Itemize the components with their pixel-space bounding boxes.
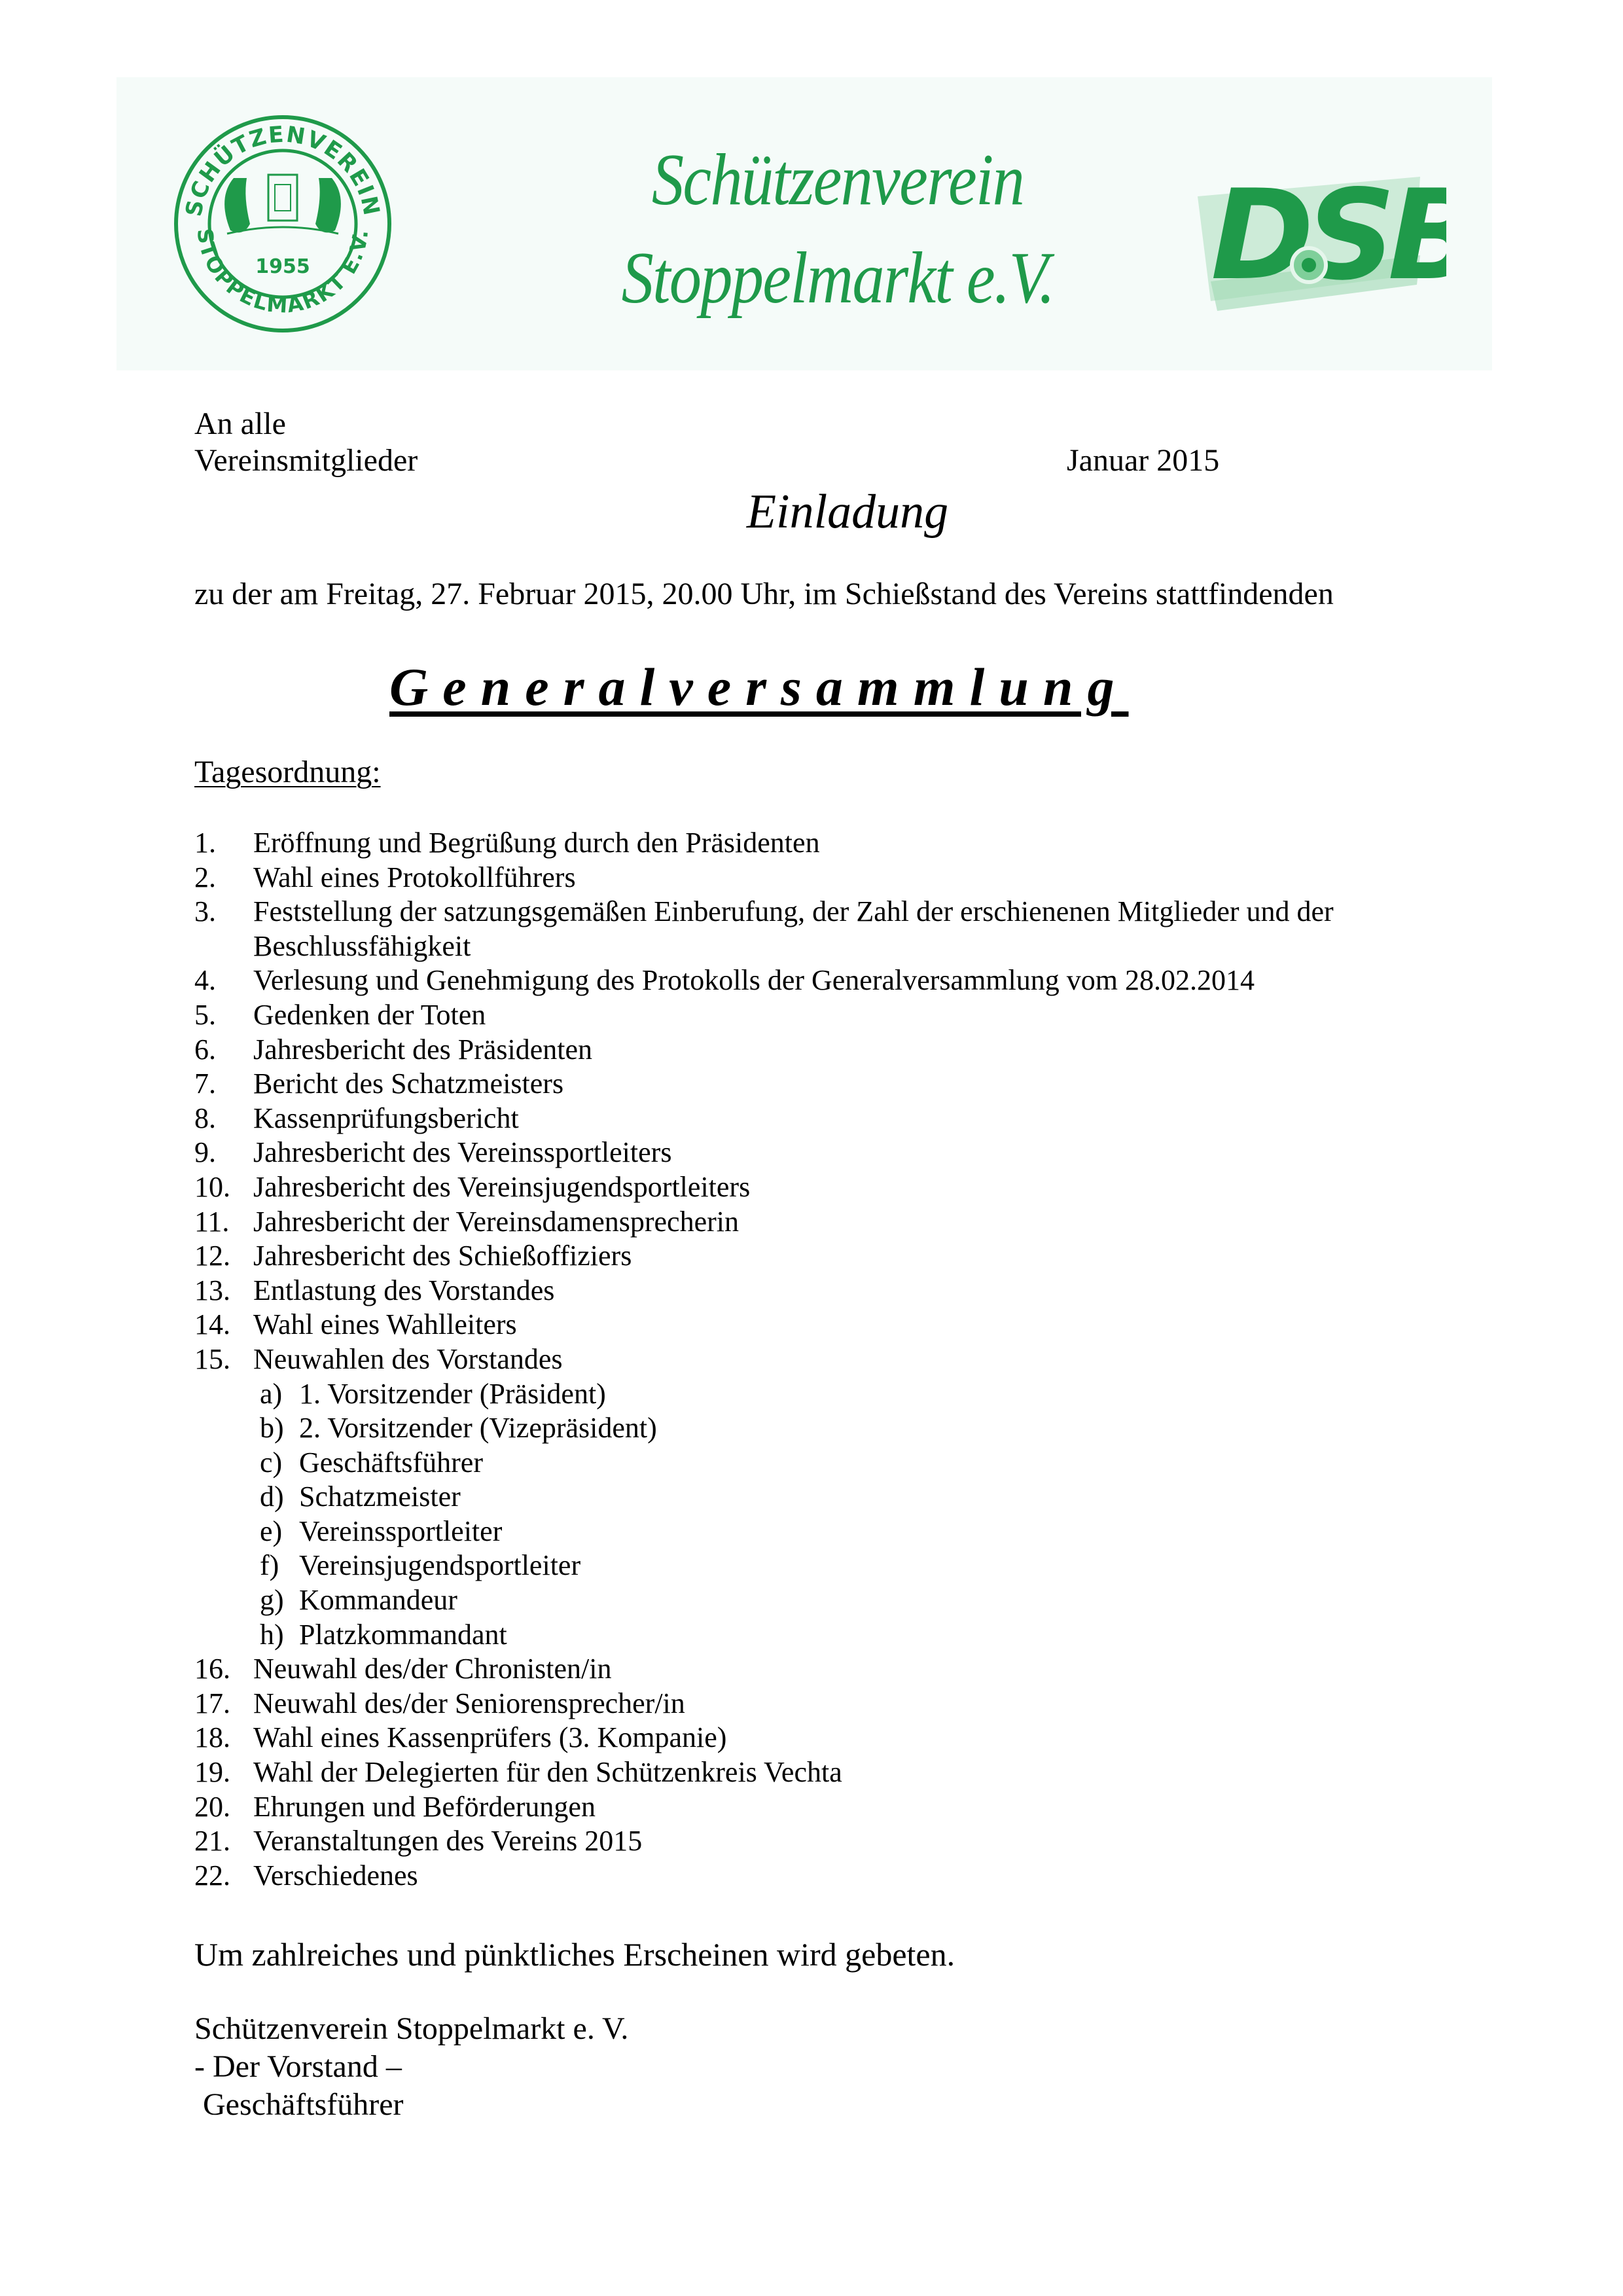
dsb-logo: DSB xyxy=(1171,151,1446,321)
agenda-item-number: g) xyxy=(260,1583,299,1618)
agenda-item-text: Verlesung und Genehmigung des Protokolls… xyxy=(253,963,1431,998)
agenda-item-text: Kommandeur xyxy=(299,1583,1438,1618)
agenda-item: 12.Jahresbericht des Schießoffiziers xyxy=(194,1239,1438,1274)
agenda-item-text: Schatzmeister xyxy=(299,1480,1438,1515)
agenda-item-text: Eröffnung und Begrüßung durch den Präsid… xyxy=(253,826,1431,861)
agenda-item-number: c) xyxy=(260,1446,299,1480)
agenda-item-number: 15. xyxy=(194,1342,253,1377)
recipient-line-1: An alle xyxy=(194,407,286,441)
signature-board: - Der Vorstand – xyxy=(194,2050,402,2084)
agenda-item-text: Verschiedenes xyxy=(253,1859,1431,1893)
signature-club: Schützenverein Stoppelmarkt e. V. xyxy=(194,2012,628,2046)
closing-text: Um zahlreiches und pünktliches Erscheine… xyxy=(194,1937,955,1971)
agenda-item-text: Platzkommandant xyxy=(299,1618,1438,1653)
agenda-item-number: 2. xyxy=(194,861,253,895)
agenda-item-number: 21. xyxy=(194,1824,253,1859)
agenda-item: 10.Jahresbericht des Vereinsjugendsportl… xyxy=(194,1170,1438,1205)
intro-text: zu der am Freitag, 27. Februar 2015, 20.… xyxy=(194,577,1334,611)
agenda-item: 15.Neuwahlen des Vorstandes xyxy=(194,1342,1438,1377)
agenda-item-text: Jahresbericht der Vereinsdamensprecherin xyxy=(253,1205,1431,1240)
agenda-item-text: Neuwahl des/der Seniorensprecher/in xyxy=(253,1687,1431,1721)
agenda-item: 6.Jahresbericht des Präsidenten xyxy=(194,1033,1438,1067)
agenda-item-number: e) xyxy=(260,1515,299,1549)
agenda-item-number: d) xyxy=(260,1480,299,1515)
agenda-item-number: a) xyxy=(260,1377,299,1412)
seal-emblem-icon xyxy=(224,175,341,234)
document-title: Einladung xyxy=(0,484,1623,539)
agenda-item: 16.Neuwahl des/der Chronisten/in xyxy=(194,1652,1438,1687)
agenda-item-number: 8. xyxy=(194,1102,253,1136)
agenda-item-number: 6. xyxy=(194,1033,253,1067)
agenda-item-text: Gedenken der Toten xyxy=(253,998,1431,1033)
agenda-item-text: Vereinsjugendsportleiter xyxy=(299,1549,1438,1583)
agenda-item-number: 10. xyxy=(194,1170,253,1205)
svg-text:1955: 1955 xyxy=(255,255,310,278)
agenda-subitem: h)Platzkommandant xyxy=(194,1618,1438,1653)
agenda-item: 11.Jahresbericht der Vereinsdamenspreche… xyxy=(194,1205,1438,1240)
agenda-item-number: 22. xyxy=(194,1859,253,1893)
agenda-item-number: b) xyxy=(260,1411,299,1446)
agenda-item-text: Wahl eines Protokollführers xyxy=(253,861,1431,895)
agenda-item: 7.Bericht des Schatzmeisters xyxy=(194,1067,1438,1102)
agenda-list: 1.Eröffnung und Begrüßung durch den Präs… xyxy=(194,826,1438,1893)
agenda-item-number: 19. xyxy=(194,1755,253,1790)
agenda-item: 21.Veranstaltungen des Vereins 2015 xyxy=(194,1824,1438,1859)
agenda-item-text: Wahl der Delegierten für den Schützenkre… xyxy=(253,1755,1431,1790)
agenda-item: 14.Wahl eines Wahlleiters xyxy=(194,1308,1438,1342)
agenda-item-text: 1. Vorsitzender (Präsident) xyxy=(299,1377,1438,1412)
agenda-item-text: Kassenprüfungsbericht xyxy=(253,1102,1431,1136)
agenda-subitem: f)Vereinsjugendsportleiter xyxy=(194,1549,1438,1583)
agenda-item: 22.Verschiedenes xyxy=(194,1859,1438,1893)
agenda-item-text: Jahresbericht des Vereinssportleiters xyxy=(253,1136,1431,1170)
club-seal-logo: SCHÜTZENVEREIN STOPPELMARKT E.V. 1955 xyxy=(171,113,394,335)
agenda-item-text: Geschäftsführer xyxy=(299,1446,1438,1480)
agenda-item: 1.Eröffnung und Begrüßung durch den Präs… xyxy=(194,826,1438,861)
recipient-line-2: Vereinsmitglieder xyxy=(194,444,418,478)
signature-role: Geschäftsführer xyxy=(203,2088,404,2122)
agenda-item-number: 18. xyxy=(194,1721,253,1755)
agenda-subitem: b)2. Vorsitzender (Vizepräsident) xyxy=(194,1411,1438,1446)
agenda-item: 5.Gedenken der Toten xyxy=(194,998,1438,1033)
agenda-item-text: Wahl eines Wahlleiters xyxy=(253,1308,1431,1342)
agenda-item-number: 20. xyxy=(194,1790,253,1825)
agenda-subitem: g)Kommandeur xyxy=(194,1583,1438,1618)
agenda-item-number: 12. xyxy=(194,1239,253,1274)
agenda-item-number: 14. xyxy=(194,1308,253,1342)
agenda-item-number: 4. xyxy=(194,963,253,998)
agenda-item: 18.Wahl eines Kassenprüfers (3. Kompanie… xyxy=(194,1721,1438,1755)
agenda-item-number: 17. xyxy=(194,1687,253,1721)
agenda-item-number: 9. xyxy=(194,1136,253,1170)
agenda-item-text: Vereinssportleiter xyxy=(299,1515,1438,1549)
agenda-item-text: Jahresbericht des Schießoffiziers xyxy=(253,1239,1431,1274)
agenda-item: 19.Wahl der Delegierten für den Schützen… xyxy=(194,1755,1438,1790)
agenda-item-text: Bericht des Schatzmeisters xyxy=(253,1067,1431,1102)
agenda-item-text: Wahl eines Kassenprüfers (3. Kompanie) xyxy=(253,1721,1431,1755)
agenda-item-text: Neuwahl des/der Chronisten/in xyxy=(253,1652,1431,1687)
agenda-subitem: e)Vereinssportleiter xyxy=(194,1515,1438,1549)
agenda-subitem: a)1. Vorsitzender (Präsident) xyxy=(194,1377,1438,1412)
agenda-item-text: Ehrungen und Beförderungen xyxy=(253,1790,1431,1825)
agenda-item: 8.Kassenprüfungsbericht xyxy=(194,1102,1438,1136)
agenda-item: 9.Jahresbericht des Vereinssportleiters xyxy=(194,1136,1438,1170)
agenda-subitem: c)Geschäftsführer xyxy=(194,1446,1438,1480)
letter-date: Januar 2015 xyxy=(1067,444,1219,478)
agenda-item-number: 5. xyxy=(194,998,253,1033)
agenda-heading: Tagesordnung: xyxy=(194,755,381,789)
agenda-item-text: Jahresbericht des Vereinsjugendsportleit… xyxy=(253,1170,1431,1205)
agenda-item-number: h) xyxy=(260,1618,299,1653)
svg-text:DSB: DSB xyxy=(1211,163,1446,308)
agenda-item-number: 13. xyxy=(194,1274,253,1308)
event-title: Generalversammlung xyxy=(389,655,1128,720)
agenda-subitem: d)Schatzmeister xyxy=(194,1480,1438,1515)
agenda-item: 2.Wahl eines Protokollführers xyxy=(194,861,1438,895)
agenda-item-text: Jahresbericht des Präsidenten xyxy=(253,1033,1431,1067)
agenda-item-text: 2. Vorsitzender (Vizepräsident) xyxy=(299,1411,1438,1446)
agenda-item: 13.Entlastung des Vorstandes xyxy=(194,1274,1438,1308)
agenda-item-text: Neuwahlen des Vorstandes xyxy=(253,1342,1431,1377)
agenda-item-number: 1. xyxy=(194,826,253,861)
agenda-item: 4.Verlesung und Genehmigung des Protokol… xyxy=(194,963,1438,998)
agenda-item-number: 11. xyxy=(194,1205,253,1240)
agenda-item-number: 3. xyxy=(194,895,253,963)
agenda-item: 20.Ehrungen und Beförderungen xyxy=(194,1790,1438,1825)
agenda-item-number: 16. xyxy=(194,1652,253,1687)
agenda-item-text: Veranstaltungen des Vereins 2015 xyxy=(253,1824,1431,1859)
club-name-heading: Schützenverein Stoppelmarkt e.V. xyxy=(544,131,1132,327)
agenda-item: 3.Feststellung der satzungsgemäßen Einbe… xyxy=(194,895,1438,963)
agenda-item-text: Feststellung der satzungsgemäßen Einberu… xyxy=(253,895,1379,963)
agenda-item-number: 7. xyxy=(194,1067,253,1102)
agenda-item: 17.Neuwahl des/der Seniorensprecher/in xyxy=(194,1687,1438,1721)
agenda-item-text: Entlastung des Vorstandes xyxy=(253,1274,1431,1308)
agenda-item-number: f) xyxy=(260,1549,299,1583)
